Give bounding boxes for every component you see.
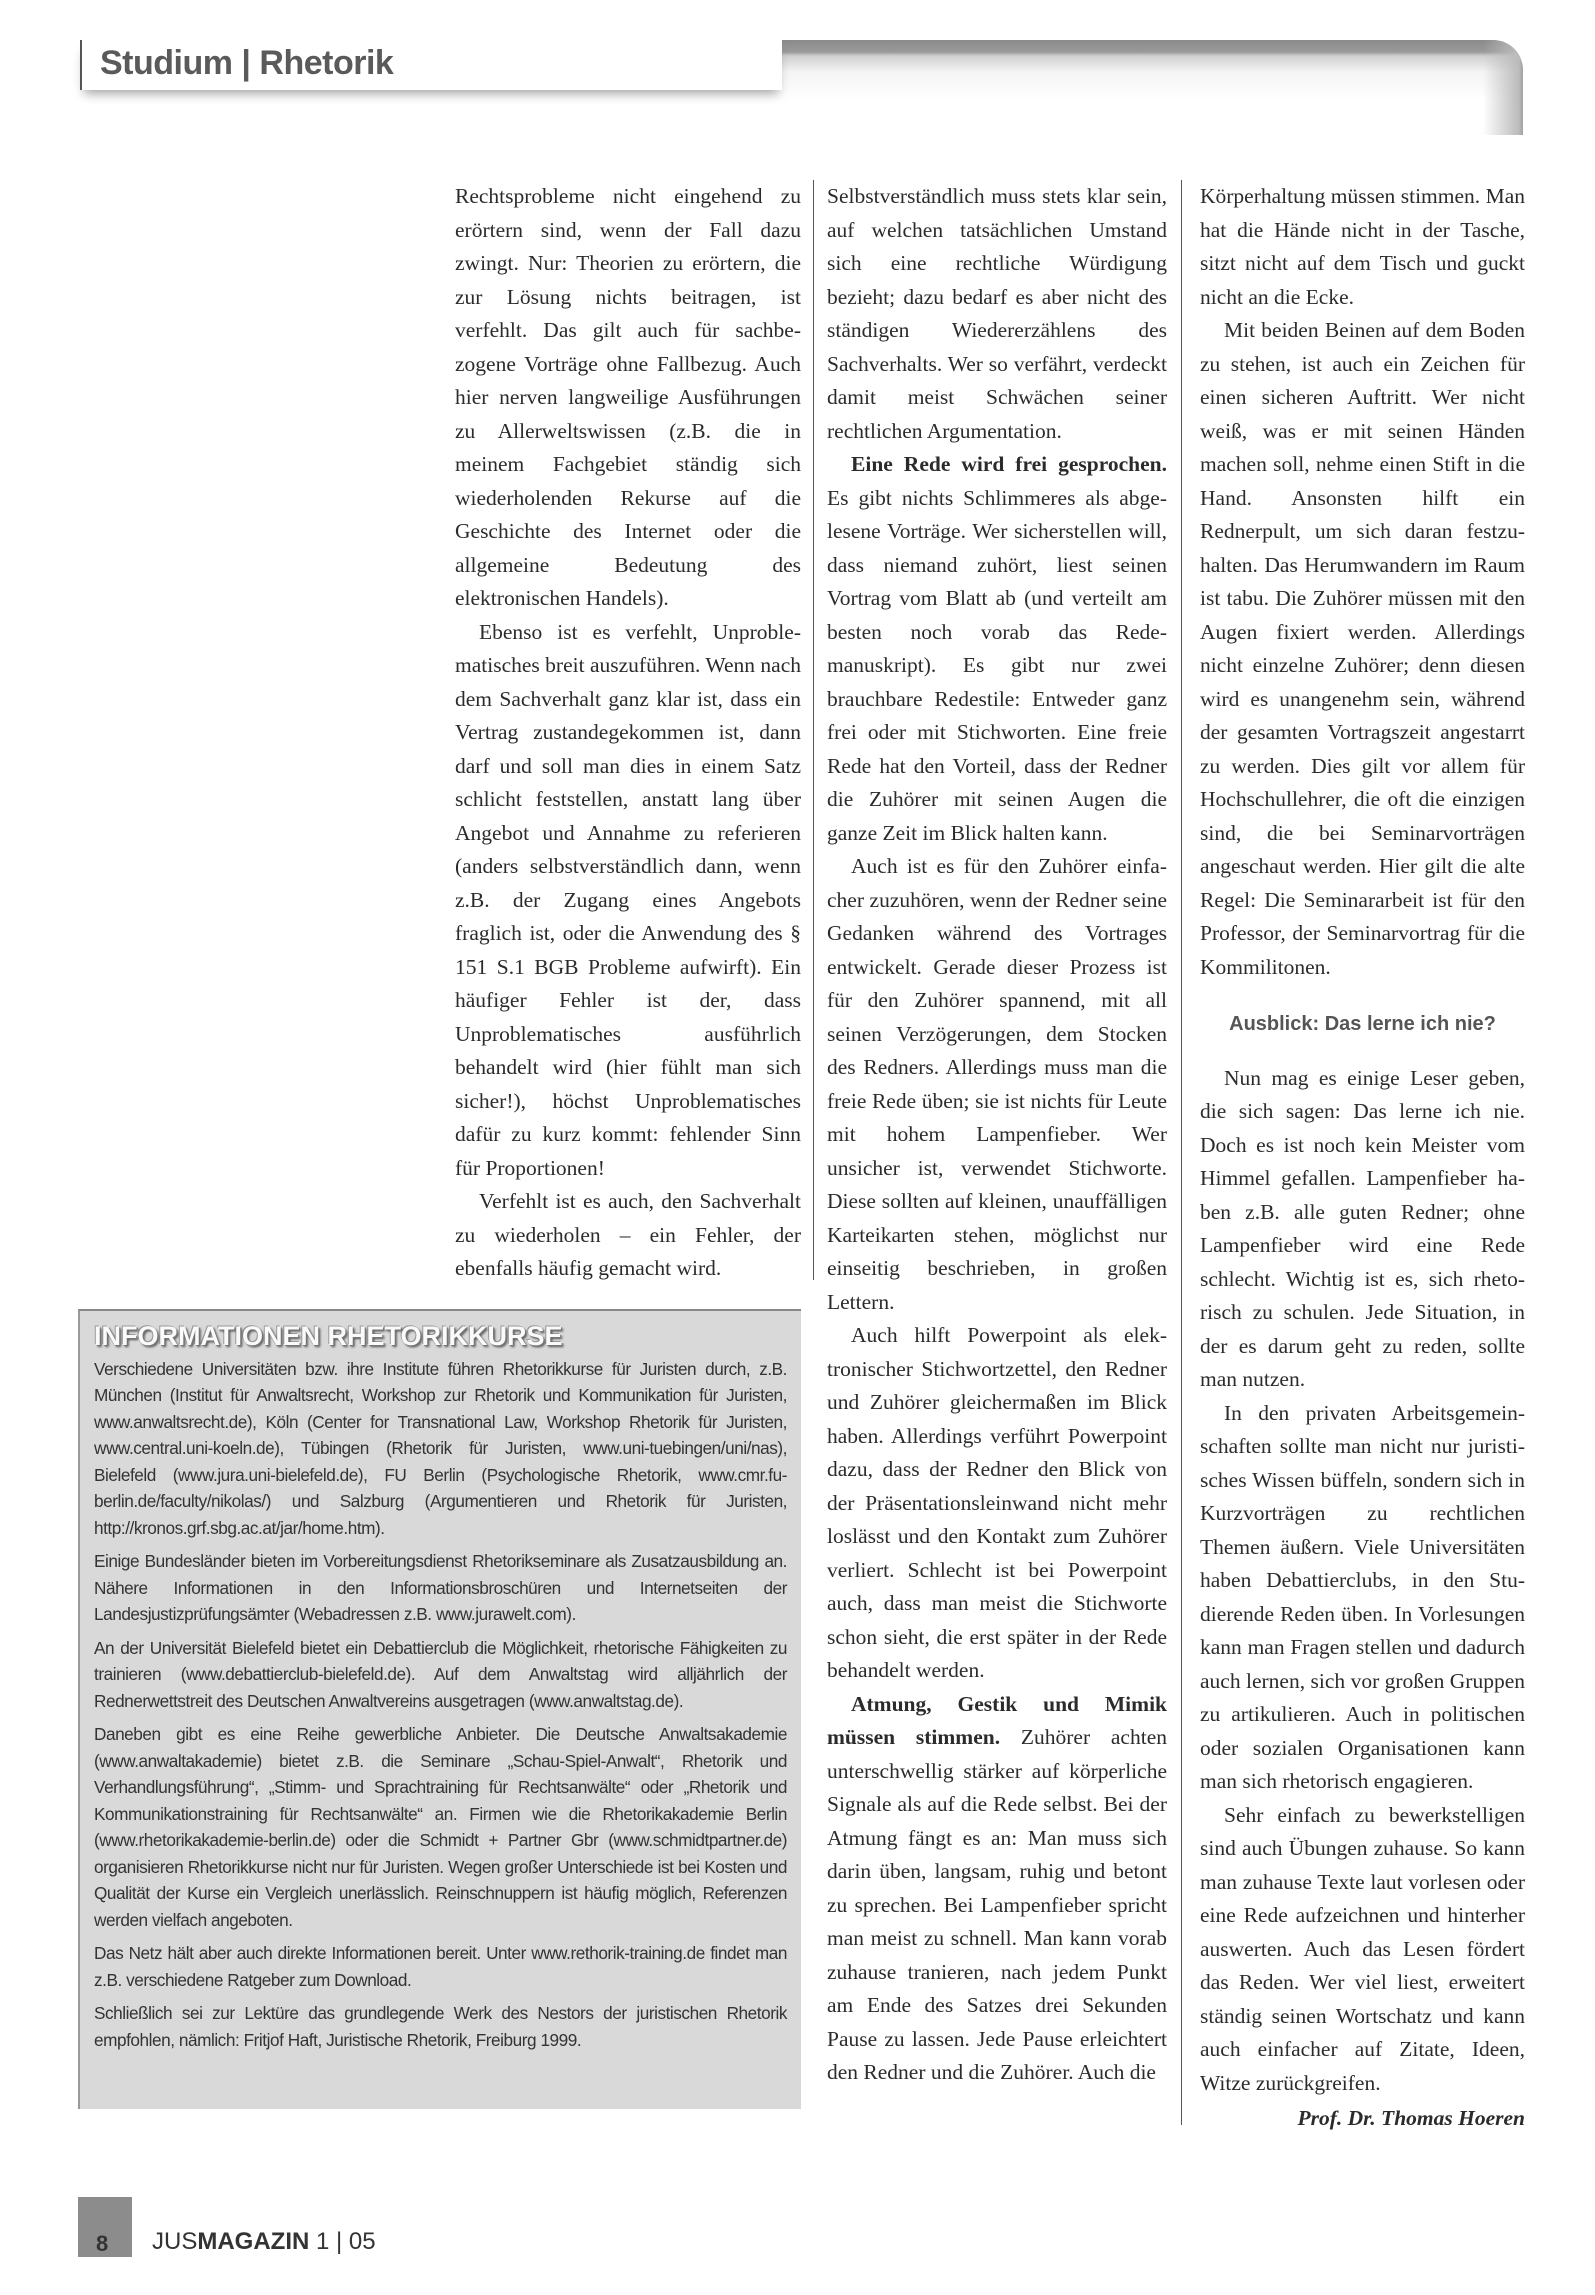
magazine-prefix: JUS — [152, 2228, 197, 2255]
section-header: Studium | Rhetorik — [80, 40, 782, 90]
article-column-3: Körperhaltung müssen stimmen. Man hat di… — [1200, 180, 1525, 2136]
info-paragraph: Daneben gibt es eine Reihe gewerbliche A… — [94, 1721, 787, 1933]
paragraph: Mit beiden Beinen auf dem Bo­den zu steh… — [1200, 314, 1525, 984]
info-box-title: INFORMATIONEN RHETORIKKURSE — [94, 1323, 787, 1350]
column-divider — [1181, 180, 1182, 2125]
paragraph: Auch ist es für den Zuhörer einfa­cher z… — [827, 850, 1167, 1319]
author-signature: Prof. Dr. Thomas Hoeren — [1200, 2102, 1525, 2136]
paragraph-text: Zuhörer achten unterschwellig stärker au… — [827, 1725, 1167, 2084]
page-number-box: 8 — [78, 2197, 132, 2257]
paragraph: In den privaten Arbeitsgemein­schaften s… — [1200, 1397, 1525, 1799]
inline-heading: Eine Rede wird frei gesprochen. — [851, 452, 1167, 476]
info-paragraph: An der Universität Bielefeld bietet ein … — [94, 1635, 787, 1715]
info-paragraph: Einige Bundesländer bieten im Vorbereitu… — [94, 1548, 787, 1628]
section-subheading: Ausblick: Das lerne ich nie? — [1200, 1008, 1525, 1042]
magazine-footer: JUSMAGAZIN 1 | 05 — [152, 2228, 376, 2256]
column-divider — [813, 180, 814, 1280]
paragraph: Rechtsprobleme nicht eingehend zu erörte… — [455, 180, 801, 616]
info-paragraph: Schließlich sei zur Lektüre das grundleg… — [94, 2000, 787, 2053]
paragraph: Verfehlt ist es auch, den Sachver­halt z… — [455, 1185, 801, 1286]
paragraph: Eine Rede wird frei gesprochen. Es gibt … — [827, 448, 1167, 850]
paragraph: Nun mag es einige Leser geben, die sich … — [1200, 1062, 1525, 1397]
header-decorative-band — [775, 40, 1523, 135]
magazine-name: MAGAZIN — [197, 2228, 309, 2255]
article-column-1: Rechtsprobleme nicht eingehend zu erörte… — [455, 180, 801, 1286]
paragraph: Selbstverständlich muss stets klar sein,… — [827, 180, 1167, 448]
article-column-2: Selbstverständlich muss stets klar sein,… — [827, 180, 1167, 2090]
page-number: 8 — [96, 2231, 108, 2257]
magazine-issue: 1 | 05 — [309, 2228, 375, 2255]
info-box-rhetoric-courses: INFORMATIONEN RHETORIKKURSE Verschiedene… — [78, 1309, 801, 2109]
paragraph: Atmung, Gestik und Mimik müssen stimmen.… — [827, 1688, 1167, 2090]
info-paragraph: Das Netz hält aber auch direkte Informat… — [94, 1940, 787, 1993]
section-title: Studium | Rhetorik — [100, 44, 393, 83]
paragraph: Auch hilft Powerpoint als elek­tronische… — [827, 1319, 1167, 1688]
info-paragraph: Verschiedene Universitäten bzw. ihre Ins… — [94, 1356, 787, 1542]
paragraph: Sehr einfach zu bewerkstelligen sind auc… — [1200, 1799, 1525, 2101]
paragraph: Körperhaltung müssen stimmen. Man hat di… — [1200, 180, 1525, 314]
paragraph-text: Es gibt nichts Schlimmeres als abge­lese… — [827, 486, 1167, 845]
paragraph: Ebenso ist es verfehlt, Unproble­matisch… — [455, 616, 801, 1186]
